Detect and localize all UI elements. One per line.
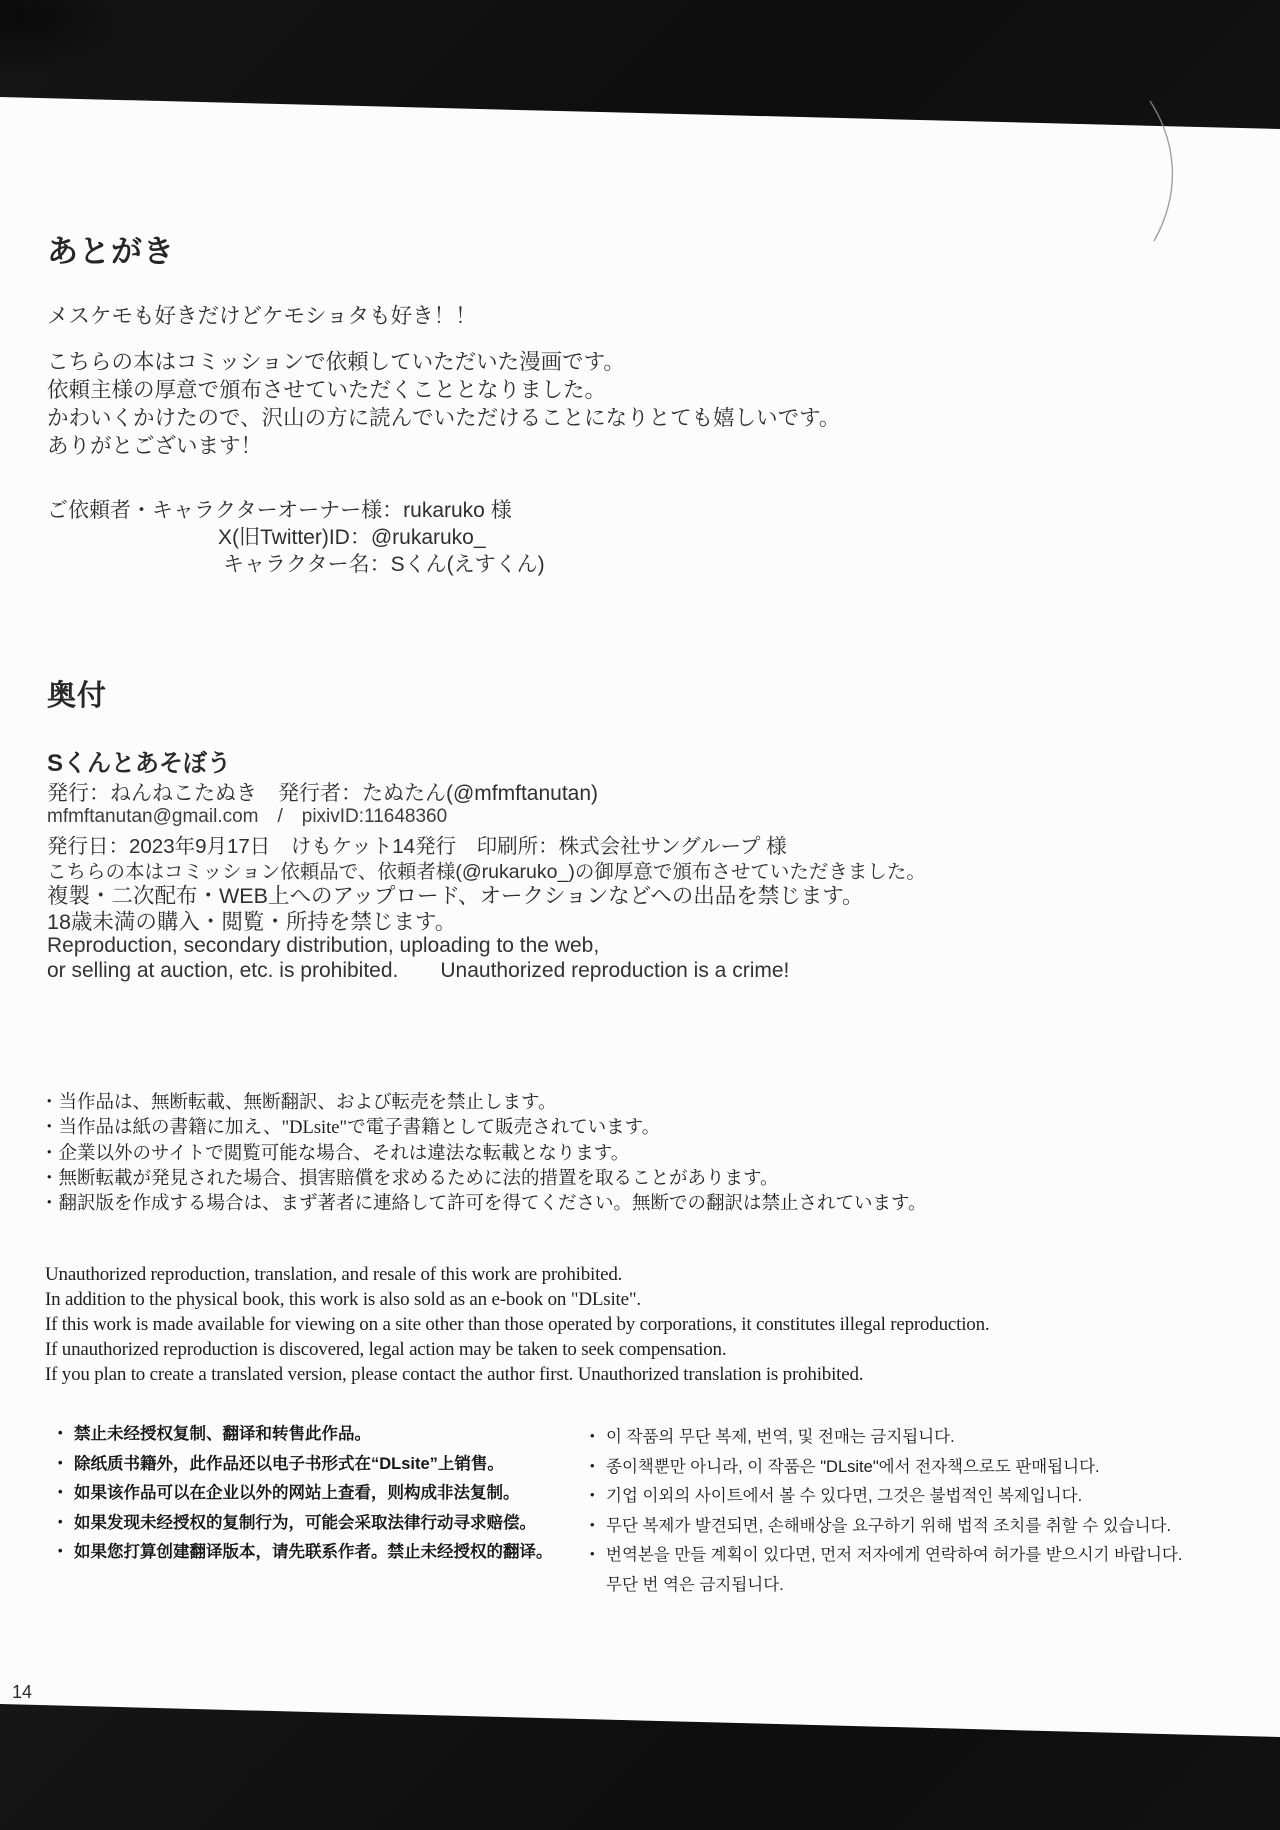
contact-email-pixiv-line: mfmftanutan@gmail.com / pixivID:11648360 — [47, 801, 447, 828]
prohibition-english-line: or selling at auction, etc. is prohibite… — [47, 959, 789, 984]
legal-notice-chinese-item: 禁止未经授权复制、翻译和转售此作品。 — [58, 1420, 553, 1450]
legal-notice-english: Unauthorized reproduction, translation, … — [45, 1262, 989, 1387]
publication-date-printer-line: 発行日：2023年9月17日 けもケット14発行 印刷所：株式会社サングループ … — [47, 829, 787, 859]
legal-notice-english-line: If you plan to create a translated versi… — [45, 1362, 989, 1387]
legal-notice-english-line: If unauthorized reproduction is discover… — [45, 1337, 989, 1362]
legal-notice-korean-item: 기업 이외의 사이트에서 볼 수 있다면, 그것은 불법적인 복제입니다. — [590, 1482, 1182, 1512]
commission-note-line: こちらの本はコミッション依頼品で、依頼者様(@rukaruko_)の御厚意で頒布… — [47, 856, 926, 884]
page-curl-artifact — [1136, 96, 1196, 246]
commissioner-credit-line: ご依頼者・キャラクターオーナー様：rukaruko 様 — [47, 494, 512, 524]
prohibition-japanese-line: 18歳未満の購入・閲覧・所持を禁じます。 — [47, 910, 864, 936]
legal-notice-korean: 이 작품의 무단 복제, 번역, 및 전매는 금지됩니다.종이책뿐만 아니라, … — [590, 1423, 1182, 1600]
character-name-line: キャラクター名：Sくん(えすくん) — [223, 548, 545, 578]
legal-notice-chinese: 禁止未经授权复制、翻译和转售此作品。除纸质书籍外，此作品还以电子书形式在“DLs… — [58, 1420, 553, 1568]
page-number: 14 — [12, 1682, 32, 1703]
afterword-paragraph-line: こちらの本はコミッションで依頼していただいた漫画です。 — [47, 348, 840, 376]
afterword-paragraph-line: 依頼主様の厚意で頒布させていただくこととなりました。 — [47, 376, 840, 404]
legal-notice-korean-item: 이 작품의 무단 복제, 번역, 및 전매는 금지됩니다. — [590, 1423, 1182, 1453]
legal-notice-japanese-line: ・翻訳版を作成する場合は、まず著者に連絡して許可を得てください。無断での翻訳は禁… — [40, 1192, 927, 1217]
legal-notice-japanese: ・当作品は、無断転載、無断翻訳、および転売を禁止します。・当作品は紙の書籍に加え… — [40, 1091, 927, 1217]
legal-notice-korean-item: 무단 복제가 발견되면, 손해배상을 요구하기 위해 법적 조치를 취할 수 있… — [590, 1512, 1182, 1542]
legal-notice-english-line: In addition to the physical book, this w… — [45, 1287, 989, 1312]
legal-notice-chinese-item: 如果发现未经授权的复制行为，可能会采取法律行动寻求赔偿。 — [58, 1509, 553, 1539]
afterword-heading: あとがき — [47, 226, 175, 271]
scanned-doujin-colophon-page: あとがき メスケモも好きだけどケモショタも好き！！ こちらの本はコミッションで依… — [0, 0, 1280, 1830]
bottom-black-scan-band — [0, 1700, 1280, 1830]
legal-notice-korean-item: 종이책뿐만 아니라, 이 작품은 "DLsite"에서 전자책으로도 판매됩니다… — [590, 1453, 1182, 1483]
prohibition-japanese-line: 複製・二次配布・WEB上へのアップロード、オークションなどへの出品を禁じます。 — [47, 884, 864, 910]
commissioner-twitter-id-line: X(旧Twitter)ID：@rukaruko_ — [218, 521, 486, 551]
afterword-paragraph-line: かわいくかけたので、沢山の方に読んでいただけることになりとても嬉しいです。 — [47, 404, 840, 432]
legal-notice-chinese-item: 如果该作品可以在企业以外的网站上查看，则构成非法复制。 — [58, 1479, 553, 1509]
legal-notice-chinese-item: 如果您打算创建翻译版本，请先联系作者。禁止未经授权的翻译。 — [58, 1538, 553, 1568]
legal-notice-japanese-line: ・企業以外のサイトで閲覧可能な場合、それは違法な転載となります。 — [40, 1142, 927, 1167]
afterword-intro: メスケモも好きだけどケモショタも好き！！ — [47, 299, 477, 330]
legal-notice-english-line: If this work is made available for viewi… — [45, 1312, 989, 1337]
prohibition-english: Reproduction, secondary distribution, up… — [47, 934, 789, 983]
prohibition-japanese: 複製・二次配布・WEB上へのアップロード、オークションなどへの出品を禁じます。1… — [47, 884, 864, 935]
top-left-scan-shadow — [0, 0, 140, 80]
legal-notice-korean-item: 번역본을 만들 계획이 있다면, 먼저 저자에게 연락하여 허가를 받으시기 바… — [590, 1541, 1182, 1600]
colophon-heading: 奥付 — [47, 673, 107, 714]
legal-notice-japanese-line: ・当作品は紙の書籍に加え、"DLsite"で電子書籍として販売されています。 — [40, 1116, 927, 1141]
book-title: Sくんとあそぼう — [47, 743, 231, 778]
legal-notice-chinese-item: 除纸质书籍外，此作品还以电子书形式在“DLsite”上销售。 — [58, 1450, 553, 1480]
legal-notice-japanese-line: ・無断転載が発見された場合、損害賠償を求めるために法的措置を取ることがあります。 — [40, 1167, 927, 1192]
afterword-paragraph: こちらの本はコミッションで依頼していただいた漫画です。依頼主様の厚意で頒布させて… — [47, 348, 840, 460]
top-black-scan-band — [0, 0, 1280, 130]
legal-notice-japanese-line: ・当作品は、無断転載、無断翻訳、および転売を禁止します。 — [40, 1091, 927, 1116]
afterword-paragraph-line: ありがとございます！ — [47, 432, 840, 460]
legal-notice-english-line: Unauthorized reproduction, translation, … — [45, 1262, 989, 1287]
prohibition-english-line: Reproduction, secondary distribution, up… — [47, 934, 789, 959]
